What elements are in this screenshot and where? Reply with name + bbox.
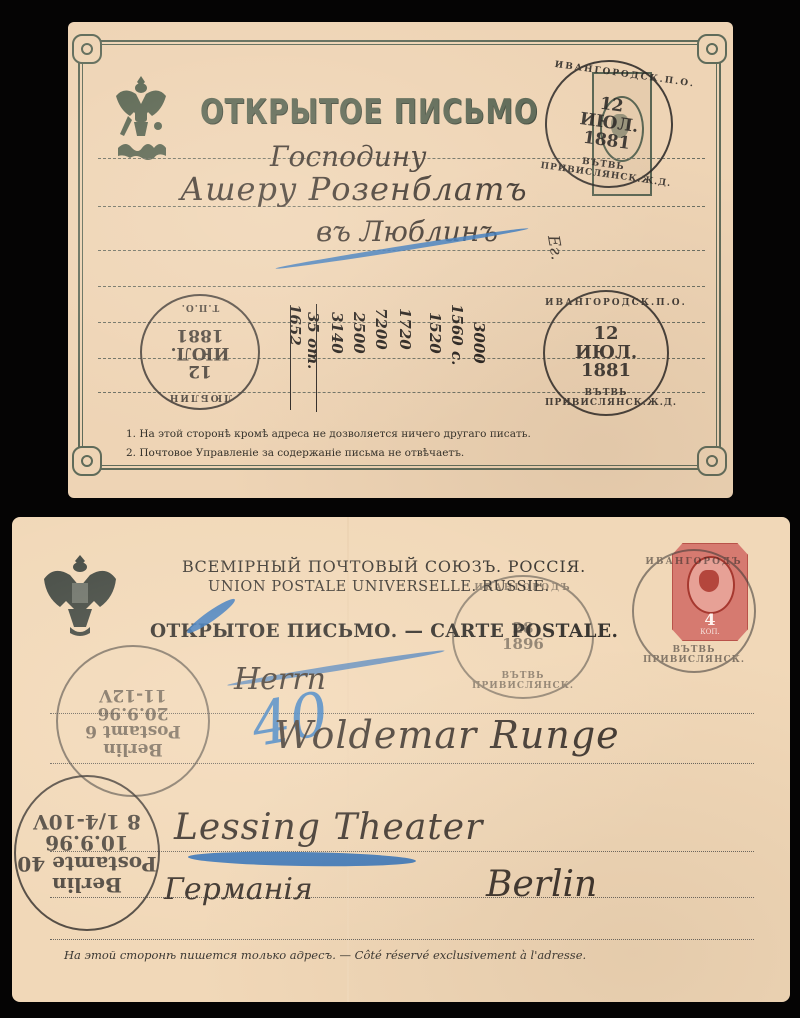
- double-headed-eagle-icon: [40, 553, 120, 637]
- address-line: [98, 286, 705, 287]
- corner-ornament-icon: [697, 34, 727, 64]
- handwritten-figure: 35 от.: [304, 312, 322, 369]
- card-title: ОТКРЫТОЕ ПИСЬМО: [200, 92, 538, 132]
- handwritten-name: Ашеру Розенблатъ: [180, 170, 528, 208]
- instruction-note: 1. На этой сторонѣ кромѣ адреса не дозво…: [126, 428, 531, 440]
- handwritten-figure: 1520: [426, 312, 444, 354]
- header-russian: ВСЕМІРНЫЙ ПОЧТОВЫЙ СОЮЗЪ. РОССІЯ.: [182, 557, 586, 576]
- handwritten-figure: 3000: [470, 322, 488, 364]
- postmark-ivangorod-1896: ИВАНГОРОДЪ 28 1896 ВЪТВЬ ПРИВИСЛЯНСК.: [452, 575, 594, 699]
- corner-ornament-icon: [697, 446, 727, 476]
- handwritten-salutation: Herrn: [234, 662, 326, 697]
- postcard-1896: ВСЕМІРНЫЙ ПОЧТОВЫЙ СОЮЗЪ. РОССІЯ. UNION …: [12, 517, 790, 1002]
- handwritten-venue: Lessing Theater: [174, 807, 483, 848]
- handwritten-note: Ег.: [544, 234, 567, 262]
- corner-ornament-icon: [72, 446, 102, 476]
- instruction-note: 2. Почтовое Управленіе за содержаніе пис…: [126, 447, 464, 459]
- handwritten-city: въ Люблинъ: [316, 215, 498, 248]
- handwritten-city: Berlin: [486, 864, 597, 905]
- handwritten-country: Германія: [164, 872, 313, 907]
- handwritten-figure: 7200: [372, 308, 390, 350]
- postcard-1881: ОТКРЫТОЕ ПИСЬМО Господину Ашеру Розенбла…: [68, 22, 733, 498]
- footer-note: На этой сторонѣ пишется только адресъ. —…: [64, 948, 586, 962]
- postmark-berlin: Berlin Postamte 40 10.9.96 8 1/4-10V: [14, 775, 160, 931]
- address-line: [50, 939, 754, 940]
- handwritten-figure: 3140: [328, 312, 346, 354]
- postmark-lublin: ЛЮБЛИН 12 ИЮЛ. 1881 Т.П.О.: [140, 294, 260, 410]
- handwritten-name: Woldemar Runge: [274, 713, 620, 757]
- calc-divider: [316, 304, 317, 412]
- postmark-ivangorod: ИВАНГОРОДСК.П.О. 12 ИЮЛ. 1881 ВЪТВЬ ПРИВ…: [543, 290, 669, 416]
- postmark-ivangorod: ИВАНГОРОДСК.П.О. 12 ИЮЛ. 1881 ВЪТВЬ ПРИВ…: [537, 52, 682, 197]
- postmark-berlin: Berlin Postamt 6 20.9.96 11-12V: [56, 645, 210, 797]
- handwritten-salutation: Господину: [270, 140, 426, 173]
- blue-crayon-strike: [188, 850, 416, 868]
- postmark-ivangorod: ИВАНГОРОДЪ ВЪТВЬ ПРИВИСЛЯНСК.: [632, 549, 756, 673]
- handwritten-figure: 1720: [396, 308, 414, 350]
- handwritten-figure: 2500: [350, 312, 368, 354]
- handwritten-figure: 1652: [286, 304, 304, 346]
- double-headed-eagle-icon: [106, 68, 176, 168]
- calc-divider: [290, 306, 291, 410]
- corner-ornament-icon: [72, 34, 102, 64]
- handwritten-figure: 1560 с.: [448, 304, 466, 365]
